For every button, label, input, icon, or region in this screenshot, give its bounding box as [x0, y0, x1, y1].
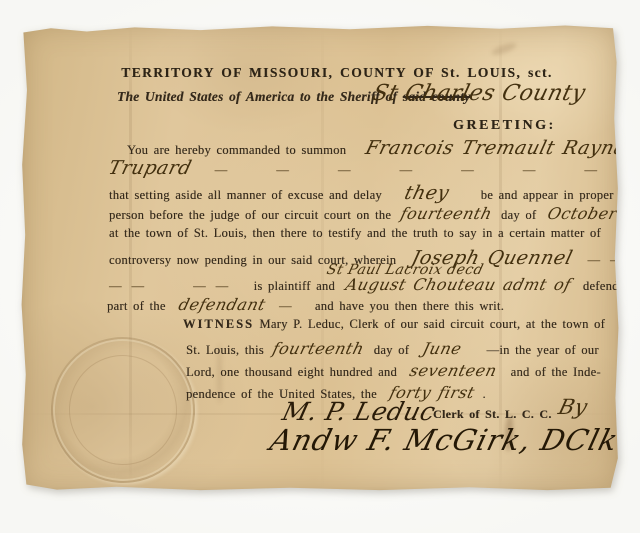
witness-printed: . — [482, 387, 485, 401]
summon-handwritten-names-2: Trupard — [106, 157, 194, 179]
body-handwritten-month: October next — [545, 204, 640, 223]
witness-line-1: WITNESS Mary P. Leduc, Clerk of our said… — [183, 317, 605, 332]
body-handwritten-they: they — [403, 182, 452, 204]
clerk-signature: M. P. Leduc — [279, 397, 438, 426]
fill-dash: —— — [588, 253, 633, 267]
body-printed: is plaintiff and — [254, 279, 335, 293]
deputy-clerk-signature: Andw F. McGirk, DClk — [267, 423, 622, 457]
ink-smudge — [490, 41, 517, 57]
body-printed: that setting aside all manner of excuse … — [109, 188, 382, 202]
body-printed: person before the judge of our circuit c… — [109, 208, 391, 222]
witness-printed: St. Louis, this — [186, 343, 264, 357]
clerk-title-printed: Clerk of St. L. C. C. — [433, 407, 552, 422]
writ-paper: TERRITORY OF MISSOURI, COUNTY OF St. LOU… — [21, 25, 619, 491]
body-printed: day of — [501, 208, 536, 222]
witness-printed: Lord, one thousand eight hundred and — [186, 365, 397, 379]
body-line-1: that setting aside all manner of excuse … — [109, 182, 614, 204]
summon-printed: You are hereby commanded to summon — [127, 143, 346, 157]
fill-dash: — — [279, 299, 302, 313]
witness-line-2: St. Louis, this fourteenth day of June —… — [186, 339, 599, 358]
witness-handwritten-day: fourteenth — [271, 339, 367, 358]
fill-dashes: —— —— — [109, 279, 238, 293]
body-printed: defendant, on the — [583, 279, 640, 293]
body-handwritten-defendant-name: August Chouteau admt of — [344, 275, 574, 294]
fill-dashes: — — — — — — — — [215, 163, 607, 177]
witness-printed: Mary P. Leduc, Clerk of our said circuit… — [259, 317, 605, 331]
witness-handwritten-year: seventeen — [408, 361, 499, 380]
summon-handwritten-names: Francois Tremault Raynald — [363, 137, 640, 159]
witness-printed: —in the year of our — [487, 343, 599, 357]
body-line-2: person before the judge of our circuit c… — [109, 204, 640, 223]
document-scan: TERRITORY OF MISSOURI, COUNTY OF St. LOU… — [0, 0, 640, 533]
body-line-6: part of the defendant — and have you the… — [107, 295, 504, 314]
summon-line-2: Trupard — — — — — — — — [109, 157, 607, 179]
body-line-3: at the town of St. Louis, then there to … — [109, 226, 601, 241]
body-handwritten-day: fourteenth — [398, 204, 494, 223]
summon-line-1: You are hereby commanded to summon Franc… — [127, 137, 640, 159]
embossed-seal — [42, 328, 205, 493]
signature-by: By — [556, 395, 590, 419]
document-title: TERRITORY OF MISSOURI, COUNTY OF St. LOU… — [57, 65, 617, 81]
body-printed: part of the — [107, 299, 166, 313]
salutation-handwritten-county: St Charles County — [370, 81, 588, 106]
witness-caps: WITNESS — [183, 317, 254, 331]
body-handwritten-party: defendant — [177, 295, 268, 314]
witness-handwritten-month: June — [420, 339, 463, 358]
witness-printed: and of the Inde- — [511, 365, 601, 379]
witness-printed: day of — [374, 343, 409, 357]
witness-line-3: Lord, one thousand eight hundred and sev… — [186, 361, 601, 380]
greeting-line: GREETING: — [453, 118, 556, 134]
body-printed: and have you then there this writ. — [315, 299, 504, 313]
salutation-printed: The United States of America to the Sher… — [117, 89, 397, 104]
body-printed: be and appear in proper — [481, 188, 614, 202]
body-line-5: —— —— is plaintiff and August Chouteau a… — [109, 275, 640, 294]
